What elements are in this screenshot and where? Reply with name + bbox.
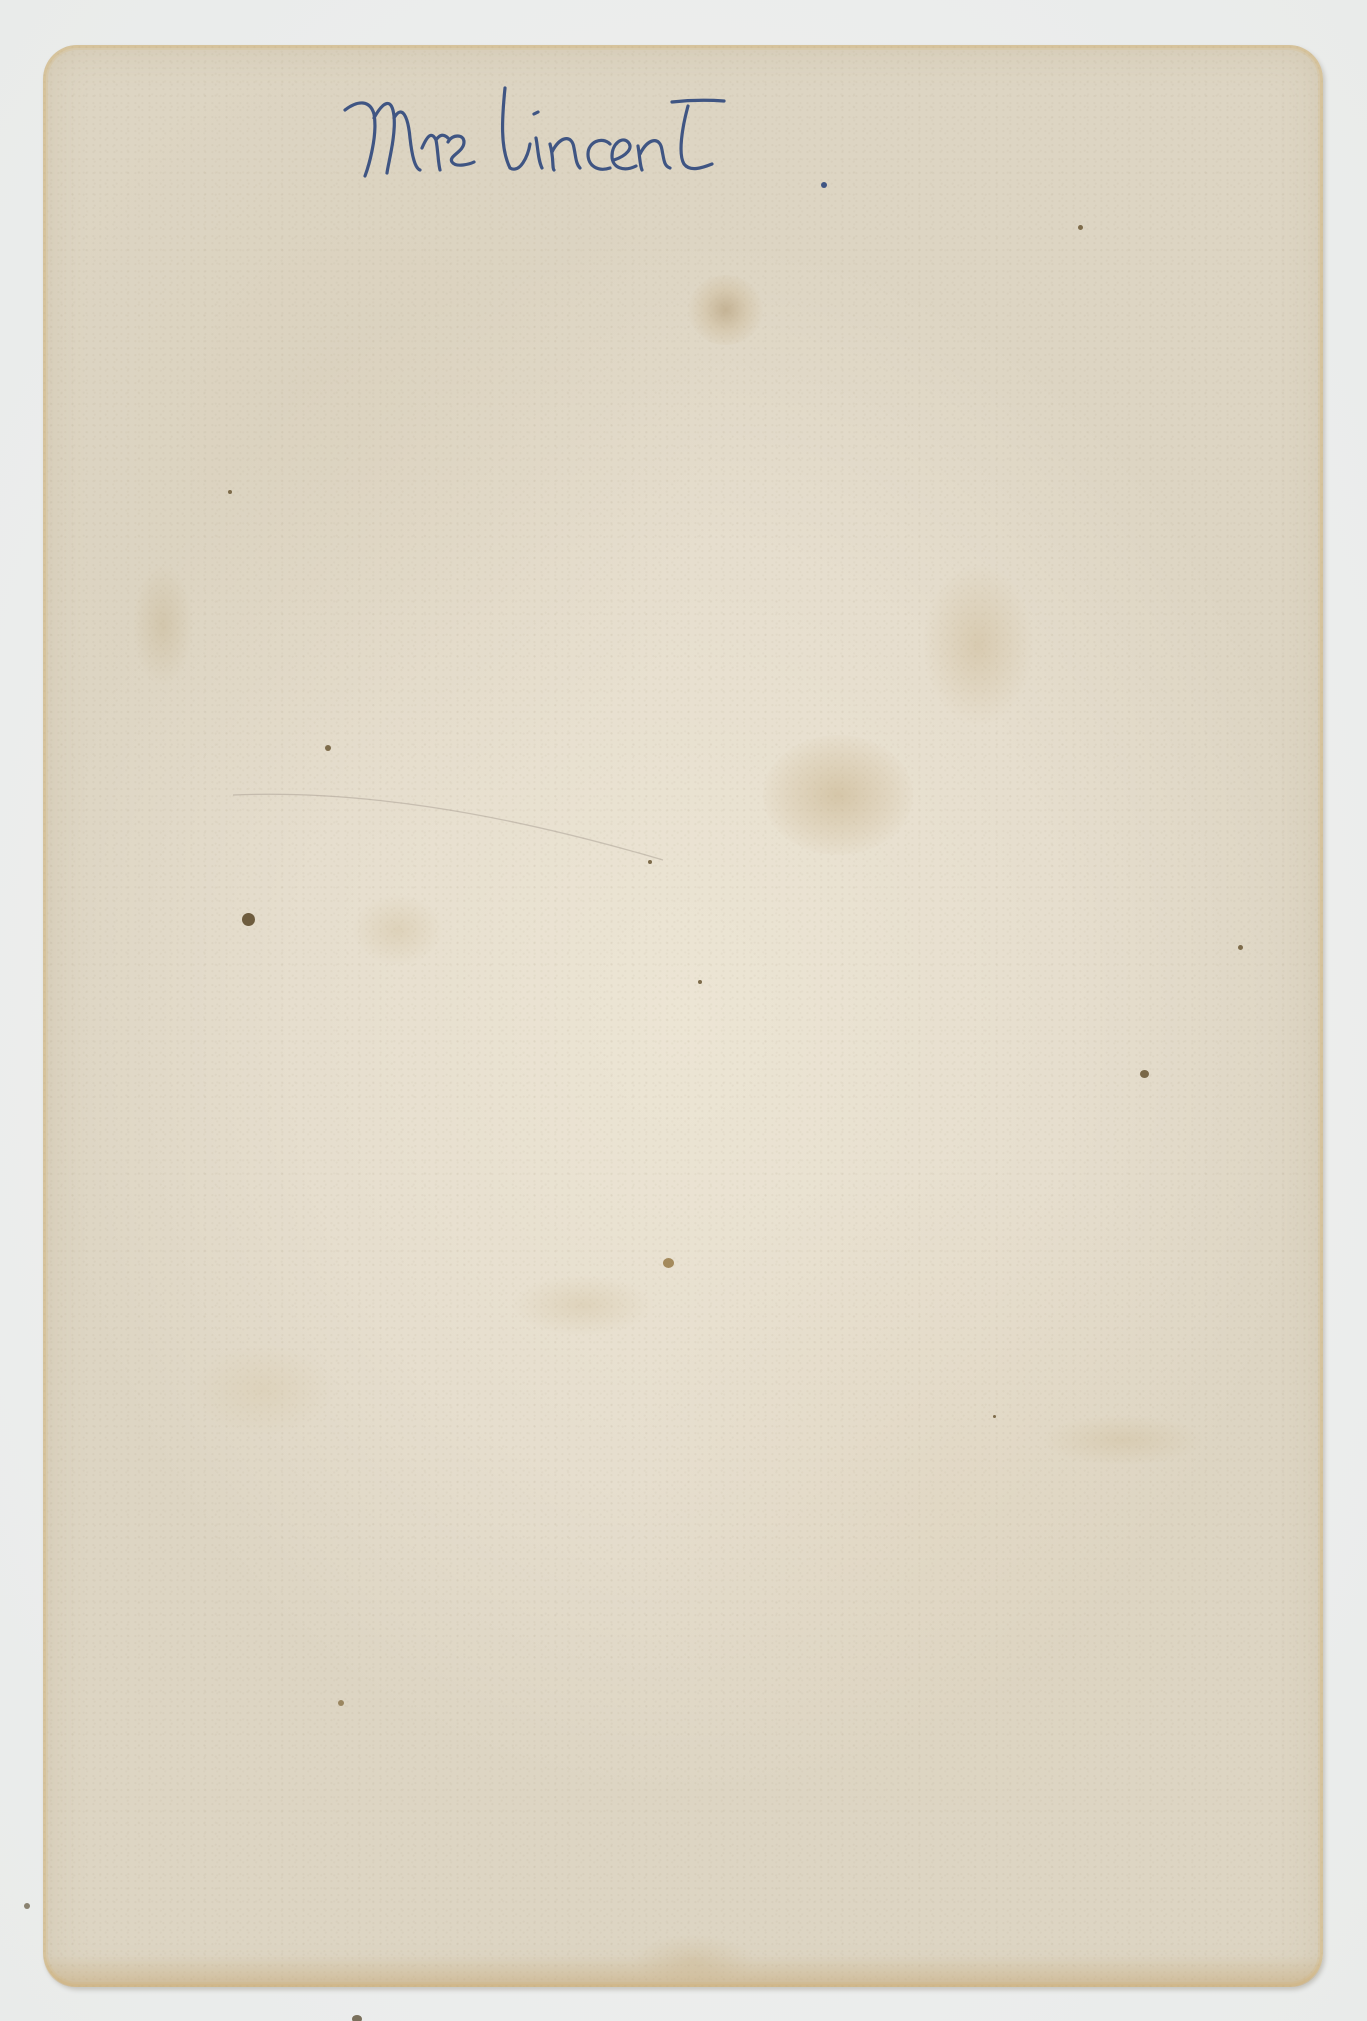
background-speck bbox=[352, 2015, 362, 2021]
inscription-ink bbox=[340, 78, 1020, 188]
ink-speck bbox=[1078, 225, 1083, 230]
handwritten-inscription: Mrs Vincent. bbox=[340, 78, 1020, 188]
ink-speck bbox=[325, 745, 331, 751]
ink-speck bbox=[338, 1700, 344, 1706]
ink-speck bbox=[242, 913, 255, 926]
ink-speck bbox=[663, 1258, 674, 1268]
paper-texture bbox=[43, 45, 1323, 1987]
cabinet-card-back bbox=[43, 45, 1323, 1987]
pencil-mark bbox=[233, 765, 683, 865]
card-edge-wear bbox=[43, 1955, 1323, 1987]
ink-speck bbox=[228, 490, 232, 494]
ink-speck bbox=[698, 980, 702, 984]
ink-speck bbox=[1140, 1070, 1149, 1078]
ink-speck bbox=[993, 1415, 996, 1418]
background-speck bbox=[24, 1903, 30, 1909]
ink-speck bbox=[1238, 945, 1243, 950]
